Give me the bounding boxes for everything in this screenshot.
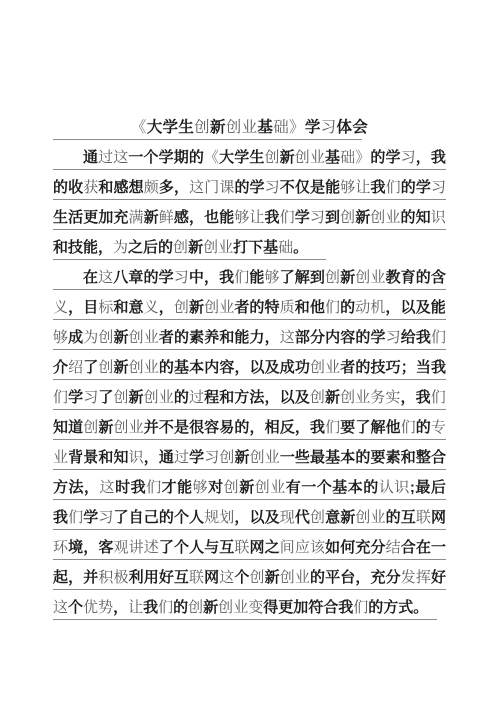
text-line: 的收获和感想颇多，这门课的学习不仅是能够让我们的学习 [53,170,446,200]
text-line: 这个优势，让我们的创新创业变得更加符合我们的方式。 [53,590,446,620]
document-title: 《大学生创新创业基础》学习体会 [53,110,446,140]
text-line: 生活更加充满新鲜感，也能够让我们学习到创新创业的知识 [53,200,446,230]
text-line: 环境，客观讲述了个人与互联网之间应该如何充分结合在一 [53,530,446,560]
document-paragraphs: 通过这一个学期的《大学生创新创业基础》的学习，我的收获和感想颇多，这门课的学习不… [53,140,446,620]
text-line: 知道创新创业并不是很容易的，相反，我们要了解他们的专 [53,410,446,440]
text-line: 够成为创新创业者的素养和能力，这部分内容的学习给我们 [53,320,446,350]
text-line: 方法，这时我们才能够对创新创业有一个基本的认识;最后 [53,470,446,500]
document-content: 《大学生创新创业基础》学习体会 通过这一个学期的《大学生创新创业基础》的学习，我… [53,110,446,620]
text-line: 我们学习了自己的个人规划，以及现代创意新创业的互联网 [53,500,446,530]
text-line: 介绍了创新创业的基本内容，以及成功创业者的技巧；当我 [53,350,446,380]
text-line: 通过这一个学期的《大学生创新创业基础》的学习，我 [53,140,446,170]
text-line: 起，并积极利用好互联网这个创新创业的平台，充分发挥好 [53,560,446,590]
text-line: 义，目标和意义，创新创业者的特质和他们的动机，以及能 [53,290,446,320]
document-page: 《大学生创新创业基础》学习体会 通过这一个学期的《大学生创新创业基础》的学习，我… [0,0,500,707]
text-line: 和技能，为之后的创新创业打下基础。 [53,230,446,260]
text-line: 业背景和知识，通过学习创新创业一些最基本的要素和整合 [53,440,446,470]
text-line: 在这八章的学习中，我们能够了解到创新创业教育的含 [53,260,446,290]
text-line: 们学习了创新创业的过程和方法，以及创新创业务实，我们 [53,380,446,410]
